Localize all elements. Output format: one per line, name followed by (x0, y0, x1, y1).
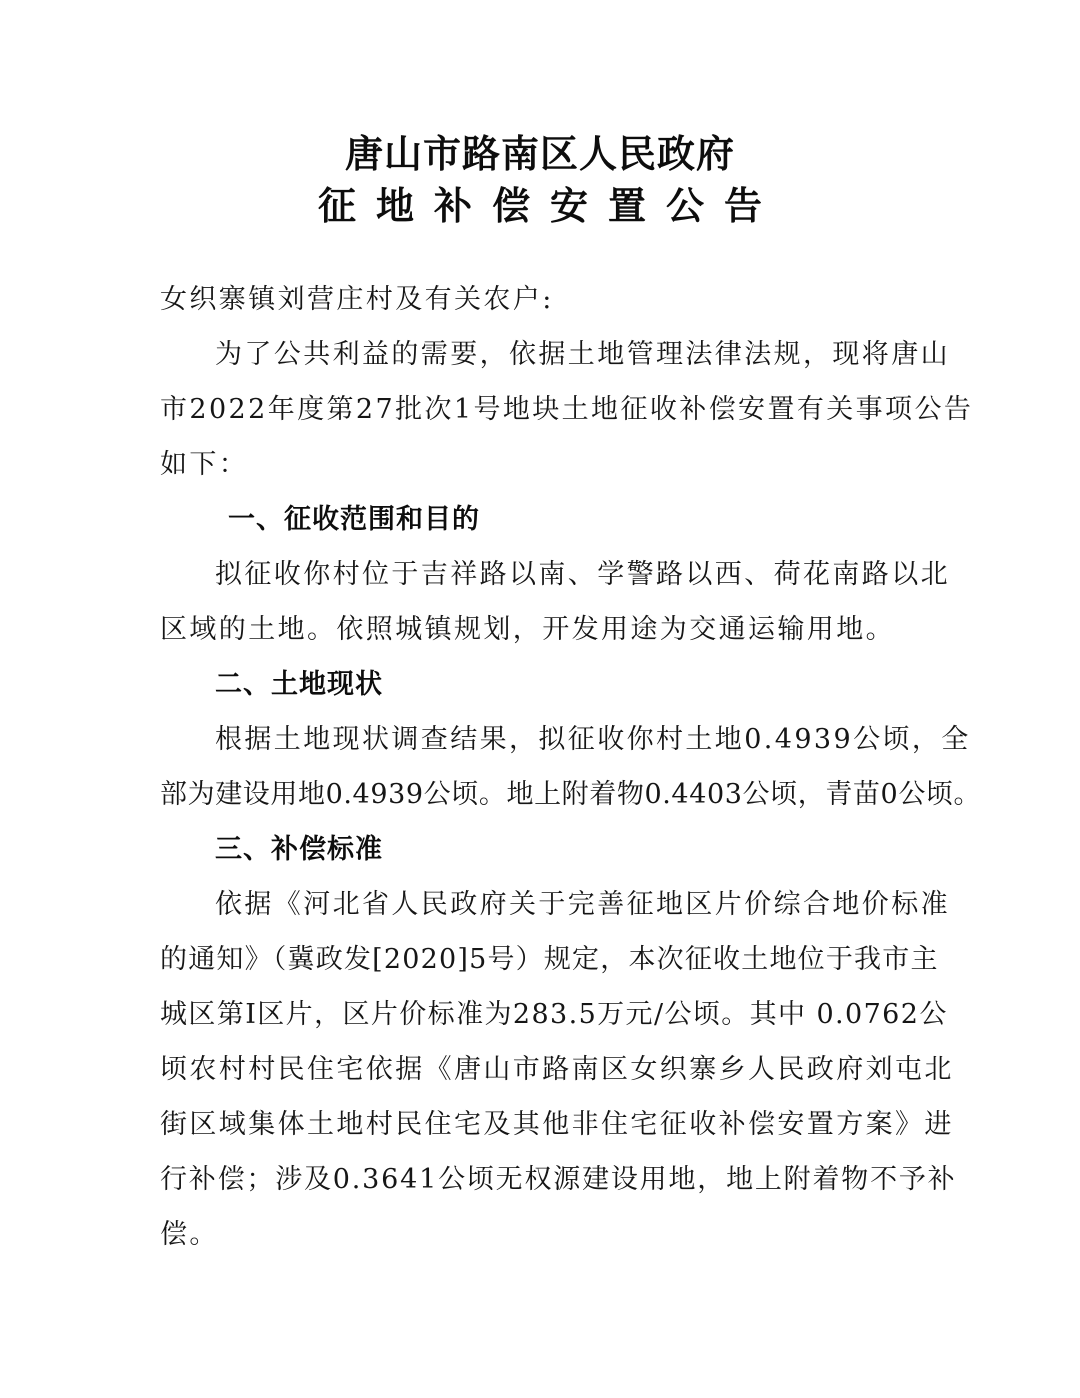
intro-line: 如下： (160, 447, 248, 483)
section-heading-compensation: 三、补偿标准 (215, 832, 383, 868)
intro-line: 市2022年度第27批次1号地块土地征收补偿安置有关事项公告 (160, 392, 973, 428)
section-text-line: 依据《河北省人民政府关于完善征地区片价综合地价标准 (215, 887, 950, 923)
section-text-line: 部为建设用地0.4939公顷。地上附着物0.4403公顷，青苗0公顷。 (160, 777, 981, 813)
document-title-issuer: 唐山市路南区人民政府 (0, 132, 1080, 176)
section-text-line: 城区第I区片，区片价标准为283.5万元/公顷。其中 0.0762公 (160, 997, 948, 1033)
section-text-line: 行补偿；涉及0.3641公顷无权源建设用地，地上附着物不予补 (160, 1162, 956, 1198)
intro-line: 为了公共利益的需要，依据土地管理法律法规，现将唐山 (215, 337, 950, 373)
section-text-line: 的通知》（冀政发[2020]5号）规定，本次征收土地位于我市主 (160, 942, 939, 978)
section-text-line: 根据土地现状调查结果，拟征收你村土地0.4939公顷，全 (215, 722, 971, 758)
addressee: 女织寨镇刘营庄村及有关农户: (160, 282, 554, 318)
section-text-line: 街区域集体土地村民住宅及其他非住宅征收补偿安置方案》进 (160, 1107, 954, 1143)
section-text-line: 区域的土地。依照城镇规划，开发用途为交通运输用地。 (160, 612, 895, 648)
section-text-line: 偿。 (160, 1217, 219, 1253)
section-text-line: 拟征收你村位于吉祥路以南、学警路以西、荷花南路以北 (215, 557, 950, 593)
document-title-notice: 征地补偿安置公告 (0, 184, 1080, 228)
section-text-line: 顷农村村民住宅依据《唐山市路南区女织寨乡人民政府刘屯北 (160, 1052, 954, 1088)
section-heading-scope: 一、征收范围和目的 (228, 502, 480, 538)
document-page: 唐山市路南区人民政府 征地补偿安置公告 女织寨镇刘营庄村及有关农户: 为了公共利… (0, 0, 1080, 1398)
section-heading-land-status: 二、土地现状 (215, 667, 383, 703)
